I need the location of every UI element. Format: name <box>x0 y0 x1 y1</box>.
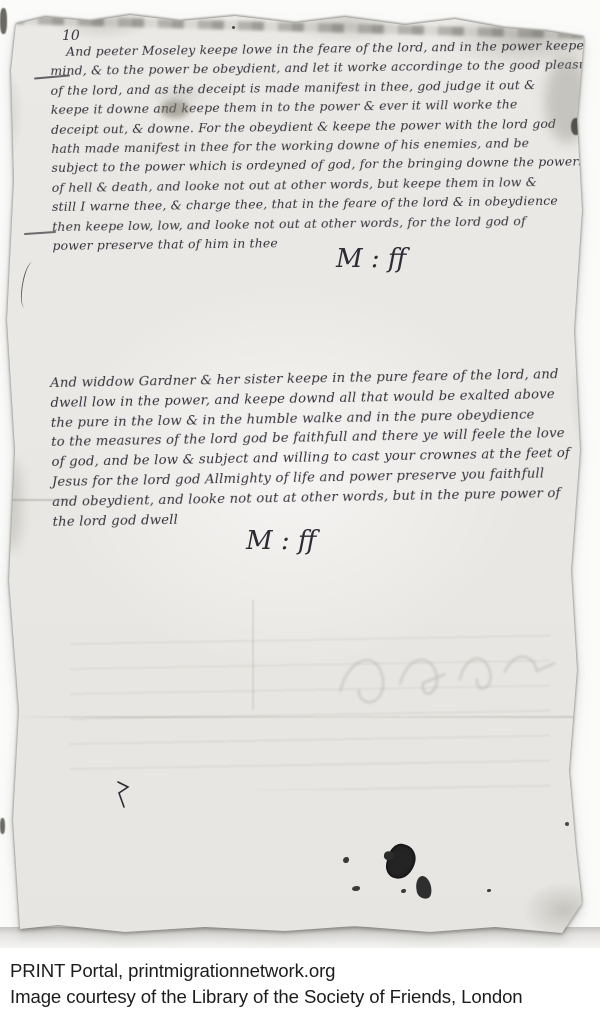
photo-edge-mark <box>0 818 5 834</box>
ink-blot-speck <box>343 857 349 863</box>
ink-blot-speck <box>487 889 491 892</box>
torn-top-edge <box>12 15 586 39</box>
manuscript-scan: 10 And peeter Moseley keepe lowe in the … <box>0 0 600 948</box>
fold-crease-left <box>0 499 70 501</box>
signature-initials: M : ff <box>336 244 406 274</box>
screenshot-stage: 10 And peeter Moseley keepe lowe in the … <box>0 0 600 1013</box>
fold-crease-vertical <box>252 600 254 710</box>
fold-crease-horizontal <box>8 716 583 718</box>
manuscript-paragraph-1: And peeter Moseley keepe lowe in the fea… <box>50 35 600 255</box>
ink-smudge-stain <box>160 100 190 118</box>
ink-blot-large <box>384 841 419 881</box>
ink-blot-speck <box>401 889 406 893</box>
edge-speck <box>580 700 583 704</box>
stray-pen-dash <box>24 231 56 235</box>
photo-edge-mark <box>0 8 7 34</box>
caption-portal-line: PRINT Portal, printmigrationnetwork.org <box>10 958 523 984</box>
manuscript-paper: 10 And peeter Moseley keepe lowe in the … <box>0 0 600 948</box>
edge-dark-spot <box>571 118 581 135</box>
caption: PRINT Portal, printmigrationnetwork.org … <box>10 958 523 1009</box>
edge-speck <box>565 822 569 826</box>
ink-blot-speck <box>352 886 360 891</box>
ink-blot-small <box>413 875 433 901</box>
manuscript-paper-wrap: 10 And peeter Moseley keepe lowe in the … <box>0 0 600 948</box>
edge-speck <box>577 763 580 767</box>
edge-stain <box>545 58 590 143</box>
manuscript-paragraph-2: And widdow Gardner & her sister keepe in… <box>50 365 571 532</box>
ink-speck <box>95 16 100 19</box>
signature-initials: M : ff <box>246 526 316 556</box>
edge-stain <box>0 460 22 550</box>
ink-speck <box>232 26 235 29</box>
caption-credit-line: Image courtesy of the Library of the Soc… <box>10 984 523 1010</box>
stray-pen-mark <box>18 261 39 309</box>
edge-speck <box>583 640 587 645</box>
